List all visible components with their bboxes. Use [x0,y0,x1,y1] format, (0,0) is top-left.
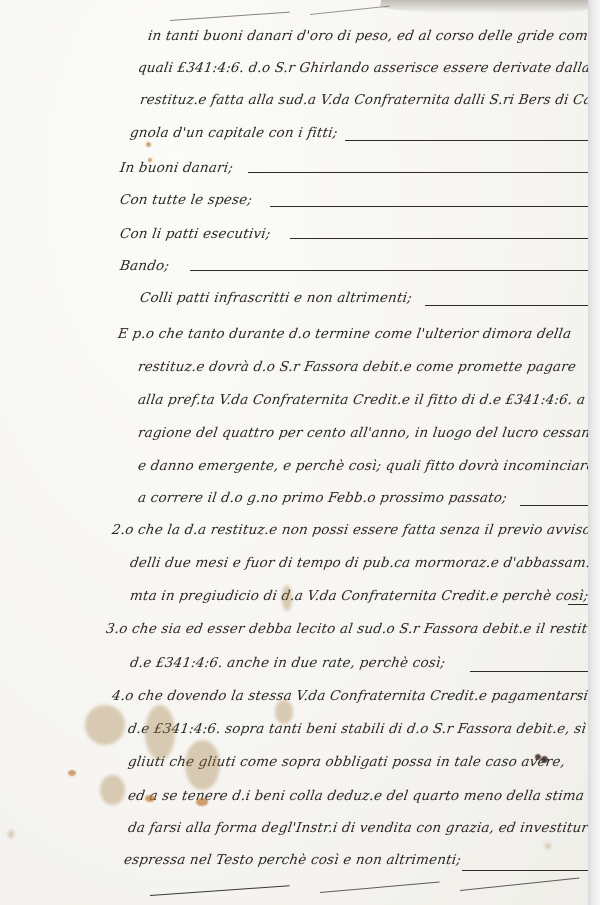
text-line: ragione del quattro per cento all'anno, … [137,423,590,443]
filler-rule [290,238,588,239]
ink-blot [541,756,548,763]
text-line: quali £341:4:6. d.o S.r Ghirlando asseri… [137,58,590,78]
filler-rule [190,270,588,271]
filler-rule [470,671,588,672]
text-line: In buoni danari; [119,158,235,178]
foxing-stain [282,585,292,611]
text-line: Con tutte le spese; [119,190,254,210]
foxing-stain [145,705,175,760]
rust-spot [148,158,152,162]
filler-rule [345,140,588,141]
filler-rule [248,172,588,173]
top-flourish [310,6,390,16]
text-line: 4.o che dovendo la stessa V.da Confrater… [111,686,590,706]
filler-rule [520,505,588,506]
foxing-stain [85,705,125,745]
text-line: 3.o che sia ed esser debba lecito al sud… [105,619,590,639]
foxing-stain [100,775,125,805]
filler-rule [425,305,588,306]
text-line: a correre il d.o g.no primo Febb.o pross… [137,488,509,508]
bottom-flourish [150,885,290,896]
text-line: delli due mesi e fuor di tempo di pub.ca… [129,553,590,573]
text-line: gnola d'un capitale con i fitti; [129,123,339,143]
foxing-stain [275,700,293,724]
text-line: Bando; [119,256,171,276]
text-line: Colli patti infrascritti e non altriment… [139,288,414,308]
manuscript-page: in tanti buoni danari d'oro di peso, ed … [0,0,590,905]
text-line: d.e £341:4:6. sopra tanti beni stabili d… [127,719,588,739]
bottom-flourish [460,877,579,891]
text-line: in tanti buoni danari d'oro di peso, ed … [147,26,590,46]
text-line: 2.o che la d.a restituz.e non possi esse… [111,520,590,540]
rust-spot [196,798,208,806]
bottom-flourish [320,882,440,894]
text-line: e danno emergente, e perchè così; quali … [137,456,590,476]
text-line: mta in pregiudicio di d.a V.da Confrater… [129,586,590,606]
paper-edge-shadow [588,0,600,905]
filler-rule [568,604,588,605]
foxing-stain [545,843,551,849]
foxing-stain [185,740,220,790]
text-line: restituz.e fatta alla sud.a V.da Confrat… [139,90,590,110]
filler-rule [462,870,588,871]
text-line: d.e £341:4:6. anche in due rate, perchè … [129,653,447,673]
foxing-stain [8,830,14,838]
filler-rule [270,206,588,207]
rust-spot [145,795,155,802]
text-line: restituz.e dovrà d.o S.r Fassora debit.e… [137,357,578,377]
text-line: E p.o che tanto durante d.o termine come… [117,324,573,344]
text-line: Con li patti esecutivi; [119,224,272,244]
text-line: alla pref.ta V.da Confraternita Credit.e… [137,390,587,410]
text-line: espressa nel Testo perchè così e non alt… [123,850,463,870]
top-flourish [170,12,290,22]
top-edge-smudge [379,0,590,14]
rust-spot [146,142,151,147]
text-line: da farsi alla forma degl'Instr.i di vend… [127,818,590,838]
rust-spot [68,770,76,776]
